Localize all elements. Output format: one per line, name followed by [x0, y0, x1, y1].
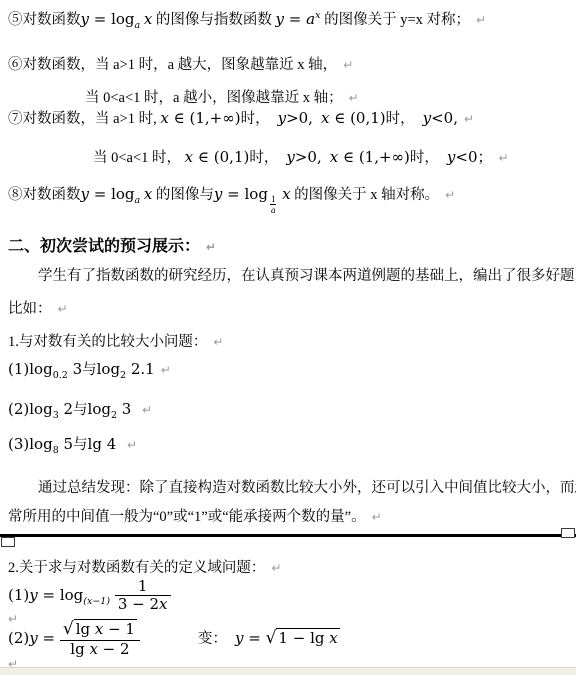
section-heading-text: 二、初次尝试的预习展示：	[8, 238, 200, 255]
item-7-line-1: ⑦对数函数，当 a>1 时, x ∈ (1,+∞)时，y>0,x ∈ (0,1)…	[8, 107, 474, 128]
paragraph-2-text-1: 通过总结发现：除了直接构造对数函数比较大小外，还可以引入中间值比较大小，而通	[38, 480, 576, 496]
cjk-yu: 与	[73, 437, 88, 453]
fraction-numerator: 1	[115, 578, 171, 596]
fraction-denominator: a	[270, 205, 277, 215]
definition-formula-2: (2)y = √lg x − 1lg x − 2变：y = √1 − lg x	[8, 620, 340, 658]
math-lg: lg 4	[88, 435, 121, 453]
math-var: y	[423, 109, 431, 127]
paragraph-1-line-2: 比如：↵	[8, 297, 68, 318]
element-of: ∈	[169, 109, 190, 127]
math-log: log	[97, 360, 120, 378]
math-op: = log	[222, 185, 268, 203]
paragraph-mark-icon: ↵	[372, 510, 382, 524]
paragraph-1-text-1: 学生有了指数函数的研究经历，在认真预习课本两道例题的基础上，编出了很多好题，	[38, 268, 576, 284]
math-var: y	[278, 109, 286, 127]
fraction-numerator: 1	[270, 194, 277, 205]
math-arg: 5	[59, 435, 73, 453]
math-arg: 2	[59, 400, 73, 418]
comparison-2: (2)log3 2与log2 3 ↵	[8, 398, 152, 421]
lg-op: lg	[70, 640, 89, 658]
square-root: √lg x − 1	[63, 620, 137, 638]
cjk-shi: 时，	[410, 150, 439, 166]
list-item-2-text: 2.关于求与对数函数有关的定义域问题：	[8, 560, 265, 576]
interval: (0,1)	[350, 109, 386, 127]
math-var: x	[160, 109, 168, 127]
log-base: a	[135, 20, 141, 31]
item-7-text-2: 当 0<a<1 时，	[93, 150, 185, 166]
log-base: 0.2	[53, 370, 68, 381]
page-break-marker-right	[561, 528, 575, 538]
paragraph-mark-icon: ↵	[213, 335, 223, 349]
item-7-text-1: ⑦对数函数，当 a>1 时,	[8, 111, 160, 127]
radicand: lg x − 1	[74, 619, 137, 638]
paragraph-mark-icon: ↵	[499, 151, 509, 165]
item-8-text: ⑧对数函数	[8, 187, 81, 203]
paragraph-2-line-1: 通过总结发现：除了直接构造对数函数比较大小外，还可以引入中间值比较大小，而通	[38, 476, 576, 497]
math-var: a	[306, 10, 315, 28]
comparison-3: (3)log8 5与lg 4 ↵	[8, 433, 137, 456]
math-log: (3)log	[8, 435, 53, 453]
paragraph-mark-icon: ↵	[271, 561, 281, 575]
math-var: y	[276, 10, 284, 28]
math-var: y	[81, 10, 89, 28]
cjk-shi: 时，	[249, 150, 278, 166]
fraction-denominator: 3 − 2x	[115, 596, 171, 613]
definition-formula-1: (1)y = log(x−1) 13 − 2x	[8, 578, 171, 614]
element-of: ∈	[193, 148, 214, 166]
interval: (0,1)	[214, 148, 250, 166]
fraction: 13 − 2x	[115, 578, 171, 614]
num-const: − 1	[103, 620, 135, 638]
section-heading: 二、初次尝试的预习展示：↵	[8, 233, 216, 256]
element-of: ∈	[338, 148, 359, 166]
math-var: x	[89, 640, 97, 658]
paragraph-mark-icon: ↵	[58, 302, 68, 316]
radicand: 1 − lg x	[276, 628, 339, 647]
element-of: ∈	[329, 109, 350, 127]
paragraph-2-line-2: 常所用的中间值一般为“0”或“1”或“能承接两个数的量”。↵	[8, 505, 382, 526]
math-var: y	[29, 629, 37, 647]
sq-const: 1 − lg	[278, 629, 329, 647]
math-var: x	[282, 185, 290, 203]
list-item-2: 2.关于求与对数函数有关的定义域问题：↵	[8, 556, 281, 577]
item-7-line-2: 当 0<a<1 时， x ∈ (0,1)时，y>0,x ∈ (1,+∞)时，y<…	[93, 146, 509, 167]
interval: (1,+∞)	[189, 109, 240, 127]
paragraph-mark-icon: ↵	[343, 58, 353, 72]
math-arg: 3	[68, 360, 82, 378]
paragraph-mark-icon: ↵	[127, 438, 137, 452]
page-break-line	[0, 534, 576, 537]
item-6-line-2: 当 0<a<1 时，a 越小，图像越靠近 x 轴；↵	[85, 86, 359, 107]
den-const: 3 − 2	[118, 595, 159, 613]
item-6-text-2: 当 0<a<1 时，a 越小，图像越靠近 x 轴；	[85, 90, 343, 106]
fraction-numerator: √lg x − 1	[60, 620, 140, 641]
paragraph-mark-icon: ↵	[206, 240, 216, 254]
item-6-text-1: ⑥对数函数，当 a>1 时，a 越大，图象越靠近 x 轴，	[8, 57, 337, 73]
formula-index: (2)	[8, 629, 29, 647]
cjk-yu: 与	[82, 362, 97, 378]
inequality: >0,	[286, 109, 313, 127]
math-log: log	[88, 400, 111, 418]
math-var: x	[329, 629, 337, 647]
square-root: √1 − lg x	[266, 629, 340, 647]
cjk-shi: 时，	[241, 111, 270, 127]
radical-icon: √	[63, 619, 74, 639]
variant-label: 变：	[198, 631, 227, 647]
math-var: x	[159, 595, 167, 613]
math-var: x	[330, 148, 338, 166]
page-break-marker-left	[1, 537, 15, 547]
radical-icon: √	[266, 628, 277, 648]
math-op: =	[243, 629, 265, 647]
math-var: x	[185, 148, 193, 166]
lg-op: lg	[76, 620, 95, 638]
log-base-fraction: 1a	[270, 194, 277, 216]
item-6-line-1: ⑥对数函数，当 a>1 时，a 越大，图象越靠近 x 轴，↵	[8, 53, 353, 74]
cjk-shi: 时，	[386, 111, 415, 127]
math-op: = log	[89, 10, 135, 28]
math-log: (2)log	[8, 400, 53, 418]
paragraph-2-text-2: 常所用的中间值一般为“0”或“1”或“能承接两个数的量”。	[8, 509, 366, 525]
math-var: y	[286, 148, 294, 166]
paragraph-1-line-1: 学生有了指数函数的研究经历，在认真预习课本两道例题的基础上，编出了很多好题，	[38, 264, 576, 285]
fraction: √lg x − 1lg x − 2	[60, 620, 140, 658]
comparison-1: (1)log0.2 3与log2 2.1↵	[8, 358, 171, 381]
fraction-denominator: lg x − 2	[60, 641, 140, 658]
math-op: =	[284, 10, 306, 28]
formula-index: (1)	[8, 586, 29, 604]
cjk-yu: 与	[73, 402, 88, 418]
math-arg: 2.1	[126, 360, 155, 378]
math-var: y	[81, 185, 89, 203]
log-base: a	[135, 195, 141, 206]
math-op: = log	[89, 185, 135, 203]
inequality: >0,	[295, 148, 322, 166]
document-page: ⑤对数函数y = loga x 的图像与指数函数 y = ax 的图像关于 y=…	[0, 0, 576, 675]
den-const: − 2	[98, 640, 130, 658]
paragraph-mark-icon: ↵	[445, 188, 455, 202]
inequality: <0,	[431, 109, 458, 127]
item-8-line: ⑧对数函数y = loga x 的图像与y = log1a x 的图像关于 x …	[8, 183, 455, 215]
item-5-line: ⑤对数函数y = loga x 的图像与指数函数 y = ax 的图像关于 y=…	[8, 8, 486, 31]
paragraph-mark-icon: ↵	[476, 13, 486, 27]
math-op: =	[38, 629, 60, 647]
paragraph-mark-icon: ↵	[142, 403, 152, 417]
paragraph-mark-icon: ↵	[464, 112, 474, 126]
item-5-mid: 的图像与指数函数	[152, 12, 275, 28]
paragraph-mark-icon: ↵	[349, 91, 359, 105]
item-5-text: ⑤对数函数	[8, 12, 81, 28]
math-var: y	[29, 586, 37, 604]
list-item-1: 1.与对数有关的比较大小问题：↵	[8, 330, 223, 351]
window-bottom-strip	[0, 667, 576, 675]
item-5-post: 的图像关于 y=x 对称；	[320, 12, 470, 28]
interval: (1,+∞)	[359, 148, 410, 166]
paragraph-1-text-2: 比如：	[8, 301, 52, 317]
log-base: (x−1)	[83, 596, 110, 607]
inequality: <0；	[455, 148, 492, 166]
list-item-1-text: 1.与对数有关的比较大小问题：	[8, 334, 207, 350]
paragraph-mark-icon: ↵	[161, 363, 171, 377]
math-arg: 3	[117, 400, 136, 418]
math-op: = log	[38, 586, 84, 604]
math-log: (1)log	[8, 360, 53, 378]
item-8-mid: 的图像与	[152, 187, 214, 203]
item-8-post: 的图像关于 x 轴对称。	[291, 187, 440, 203]
